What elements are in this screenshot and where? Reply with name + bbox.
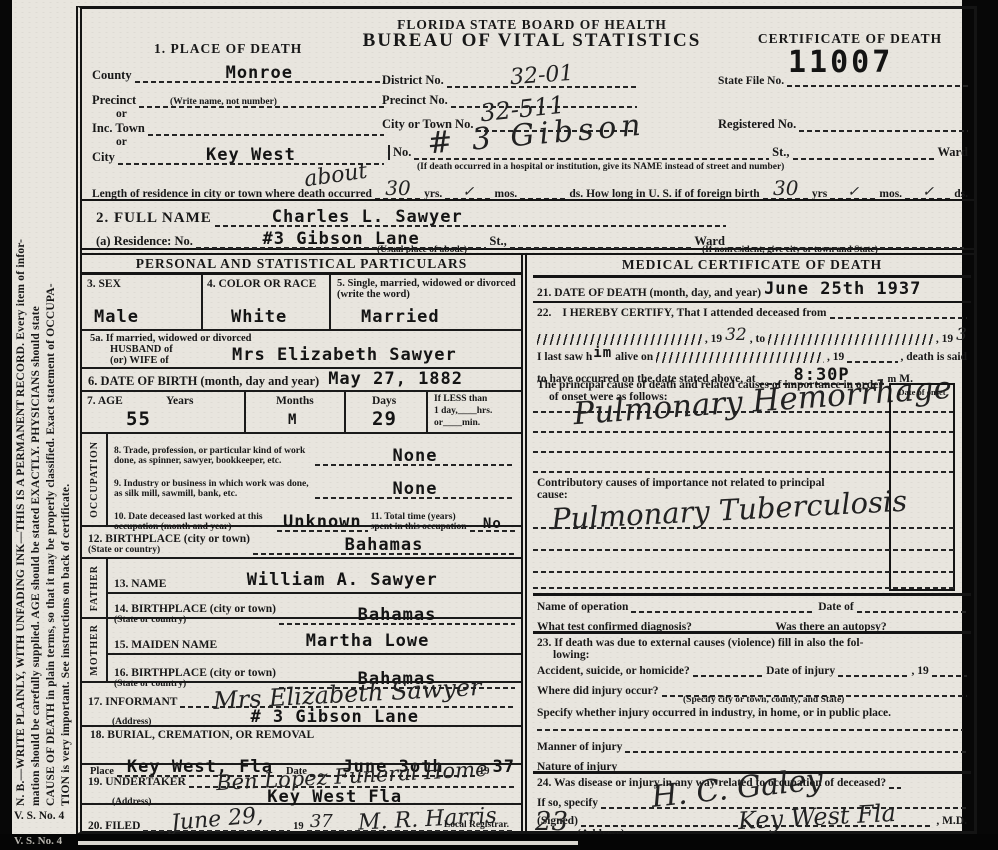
hospital-note: (If death occurred in a hospital or inst… xyxy=(417,162,977,172)
street-ward-entry xyxy=(793,158,935,160)
certify-to-label: , to xyxy=(750,333,765,345)
margin-line-4: TION is very important. See instructions… xyxy=(59,6,73,806)
residence-years-value: 30 xyxy=(385,176,410,200)
date-of-death-label: 21. DATE OF DEATH (month, day, and year) xyxy=(537,287,761,299)
last-saw-typed: im xyxy=(593,345,612,361)
certificate-form: FLORIDA STATE BOARD OF HEALTH BUREAU OF … xyxy=(76,6,977,834)
father-side-cell: FATHER xyxy=(82,559,108,617)
date-of-death-row: 21. DATE OF DEATH (month, day, and year)… xyxy=(537,279,967,299)
us-years-value: 30 xyxy=(773,176,798,200)
informant-address-value: # 3 Gibson Lane xyxy=(250,707,419,727)
injury-year-prefix: , 19 xyxy=(912,665,929,677)
district-value: 32-01 xyxy=(509,61,574,90)
last-saw-label-2: alive on xyxy=(615,351,653,363)
months-value: M xyxy=(288,412,297,428)
spouse-label-2: HUSBAND of xyxy=(110,344,173,355)
industry-row: 9. Industry or business in which work wa… xyxy=(108,467,521,500)
city-value: Key West xyxy=(206,145,296,165)
certify-from-year-prefix: , 19 xyxy=(705,333,722,345)
father-name-row: 13. NAME William A. Sawyer xyxy=(108,559,521,594)
marital-value: Married xyxy=(361,307,440,327)
operation-rule xyxy=(533,593,971,596)
bureau-title: BUREAU OF VITAL STATISTICS xyxy=(322,30,742,52)
margin-line-1: N. B.—WRITE PLAINLY, WITH UNFADING INK—T… xyxy=(14,6,28,806)
spouse-value: Mrs Elizabeth Sawyer xyxy=(232,345,457,365)
age-days-cell: Days 29 xyxy=(346,392,428,432)
injury-date-entry xyxy=(838,675,908,677)
us-check-1: ✓ xyxy=(847,184,859,200)
occupation-relation-entry xyxy=(889,787,901,789)
personal-title-row: PERSONAL AND STATISTICAL PARTICULARS xyxy=(82,255,521,275)
dob-value: May 27, 1882 xyxy=(328,369,463,389)
operation-label: Name of operation xyxy=(537,601,628,613)
certify-from-scribble xyxy=(537,334,702,345)
father-side-label: FATHER xyxy=(89,565,100,611)
age-label: 7. AGE xyxy=(87,395,123,407)
state-file-label: State File No. xyxy=(718,75,784,87)
registered-entry xyxy=(799,130,968,132)
operation-date-entry xyxy=(857,611,967,613)
certify-text: I HEREBY CERTIFY, That I attended deceas… xyxy=(562,307,826,319)
less-label-1: If LESS than xyxy=(434,394,487,404)
form-number: V. S. No. 4 xyxy=(14,810,64,822)
residence-st-entry xyxy=(510,247,692,249)
birthplace-labels: 12. BIRTHPLACE (city or town) (State or … xyxy=(88,533,250,555)
street-no-entry xyxy=(414,158,769,160)
full-name-label: 2. FULL NAME xyxy=(96,210,212,227)
us-years-entry: 30 xyxy=(763,176,809,200)
mother-name-label: 15. MAIDEN NAME xyxy=(114,639,217,651)
injury-year-entry xyxy=(932,675,967,677)
manner-row: Manner of injury xyxy=(537,741,967,753)
certificate-paper: N. B.—WRITE PLAINLY, WITH UNFADING INK—T… xyxy=(12,0,962,834)
state-file-entry xyxy=(787,85,968,87)
registered-label: Registered No. xyxy=(718,117,796,132)
district-label: District No. xyxy=(382,73,444,88)
accident-row: Accident, suicide, or homicide? Date of … xyxy=(537,665,967,677)
residence-years-entry: 30 xyxy=(375,176,421,200)
city-label: City xyxy=(92,150,115,165)
occupation-block: OCCUPATION 8. Trade, profession, or part… xyxy=(82,434,521,527)
street-ward-label: Ward xyxy=(937,145,968,160)
district-entry: 32-01 xyxy=(447,63,637,88)
certify-from-entry xyxy=(830,317,968,319)
undertaker-row: 19. UNDERTAKER Ben Lopez Funeral Home (A… xyxy=(82,765,521,805)
days-value: 29 xyxy=(372,408,397,430)
dob-label: 6. DATE OF BIRTH (month, day and year) xyxy=(88,374,319,389)
where-injury-label: Where did injury occur? xyxy=(537,685,659,697)
bracket-mark xyxy=(388,145,390,160)
trade-row: 8. Trade, profession, or particular kind… xyxy=(108,434,521,467)
contrib-line-3 xyxy=(533,571,957,573)
father-name-label: 13. NAME xyxy=(114,578,166,590)
inc-town-label: Inc. Town xyxy=(92,121,145,136)
filed-label: 20. FILED xyxy=(88,820,140,832)
date-of-death-value: June 25th 1937 xyxy=(764,279,921,299)
margin-instructions: N. B.—WRITE PLAINLY, WITH UNFADING INK—T… xyxy=(14,6,73,806)
father-name-entry: William A. Sawyer xyxy=(169,570,515,590)
certify-row-2: , 19 32 , to , 19 3 xyxy=(537,325,967,345)
certify-number: 22. xyxy=(537,307,551,319)
nonresident-note: (If nonresident, give city or town and S… xyxy=(702,245,878,255)
medical-title-rule xyxy=(533,275,971,278)
us-ds-entry: ✓ xyxy=(905,184,951,200)
county-label: County xyxy=(92,68,132,83)
margin-line-2: mation should be carefully supplied. AGE… xyxy=(29,6,43,806)
father-name-value: William A. Sawyer xyxy=(247,570,438,590)
informant-name-row: 17. INFORMANT Mrs Elizabeth Sawyer xyxy=(82,683,521,709)
residence-length-row: Length of residence in city or town wher… xyxy=(92,176,968,200)
undertaker-name-row: 19. UNDERTAKER Ben Lopez Funeral Home xyxy=(82,765,521,789)
informant-row: 17. INFORMANT Mrs Elizabeth Sawyer (Addr… xyxy=(82,683,521,727)
inc-town-row: Inc. Town xyxy=(92,121,384,136)
where-injury-note: (Specify city or town, county, and State… xyxy=(683,695,844,705)
industry-entry: None xyxy=(315,479,515,499)
manner-entry xyxy=(625,751,967,753)
full-name-entry-2 xyxy=(523,225,726,227)
dob-row: 6. DATE OF BIRTH (month, day and year) M… xyxy=(82,369,521,392)
trade-label: 8. Trade, profession, or particular kind… xyxy=(114,446,312,466)
filed-date-entry: June 29, xyxy=(143,807,290,832)
personal-column: PERSONAL AND STATISTICAL PARTICULARS 3. … xyxy=(82,255,527,831)
precinct-no-label: Precinct No. xyxy=(382,93,448,108)
undertaker-address-entry: Key West Fla xyxy=(154,787,515,807)
father-birthplace-label: 14. BIRTHPLACE (city or town) xyxy=(114,603,276,615)
last-saw-label-1: I last saw h xyxy=(537,351,592,363)
precinct-note: (Write name, not number) xyxy=(170,97,277,107)
street-no-label: No. xyxy=(393,145,411,160)
residence-st-label: St., xyxy=(489,234,506,249)
scan-paper-sliver xyxy=(78,841,578,845)
birthplace-row: 12. BIRTHPLACE (city or town) (State or … xyxy=(82,527,521,559)
marital-label: 5. Single, married, widowed or divorced … xyxy=(337,278,517,300)
certify-to-year-prefix: , 19 xyxy=(936,333,953,345)
spouse-row: 5a. If married, widowed or divorced HUSB… xyxy=(82,331,521,369)
residence-label: (a) Residence: No. xyxy=(96,234,193,249)
accident-entry xyxy=(693,675,763,677)
mother-side-cell: MOTHER xyxy=(82,619,108,681)
county-row: County Monroe xyxy=(92,63,384,83)
margin-line-3: CAUSE OF DEATH in plain terms, so that i… xyxy=(44,6,58,806)
state-file-row: State File No. xyxy=(718,75,968,87)
operation-row: Name of operation Date of xyxy=(537,601,967,613)
days-label: Days xyxy=(372,395,396,407)
inc-town-entry xyxy=(148,134,384,136)
sex-race-marital-row: 3. SEX Male 4. COLOR OR RACE White 5. Si… xyxy=(82,275,521,331)
contrib-line-4 xyxy=(533,587,957,589)
full-name-band: 2. FULL NAME Charles L. Sawyer (a) Resid… xyxy=(82,199,974,255)
street-st-label: St., xyxy=(772,145,789,160)
less-label-2: 1 day,____hrs. xyxy=(434,406,492,416)
age-less-cell: If LESS than 1 day,____hrs. or____min. xyxy=(428,392,521,432)
us-mos-entry: ✓ xyxy=(830,184,876,200)
undertaker-entry: Ben Lopez Funeral Home xyxy=(189,764,515,788)
occupation-side-label: OCCUPATION xyxy=(89,441,100,518)
medical-column: MEDICAL CERTIFICATE OF DEATH 21. DATE OF… xyxy=(533,255,971,831)
injury-date-label: Date of injury xyxy=(766,665,835,677)
district-row: District No. 32-01 xyxy=(382,63,637,88)
last-saw-row: I last saw h im alive on , 19 , death is… xyxy=(537,345,967,363)
race-label: 4. COLOR OR RACE xyxy=(207,278,316,290)
sex-value: Male xyxy=(94,307,139,327)
accident-label: Accident, suicide, or homicide? xyxy=(537,665,690,677)
years-value: 55 xyxy=(126,408,151,430)
mother-name-value: Martha Lowe xyxy=(306,631,430,651)
filed-year-prefix: 19 xyxy=(293,821,304,832)
residence-check-1: ✓ xyxy=(463,184,475,200)
external-causes-label-1: 23. If death was due to external causes … xyxy=(537,637,863,649)
spouse-label-3: (or) WIFE of xyxy=(110,355,169,366)
contributory-label-2: cause: xyxy=(537,489,568,501)
less-label-3: or____min. xyxy=(434,418,480,428)
personal-title: PERSONAL AND STATISTICAL PARTICULARS xyxy=(136,256,467,271)
county-entry: Monroe xyxy=(135,63,384,83)
date-of-death-rule xyxy=(533,301,971,303)
undertaker-address-value: Key West Fla xyxy=(267,787,402,807)
abode-note: (Usual place of abode) xyxy=(377,245,467,255)
operation-entry xyxy=(631,611,815,613)
specify-line xyxy=(537,729,963,731)
registered-row: Registered No. xyxy=(718,117,968,132)
informant-entry: Mrs Elizabeth Sawyer xyxy=(180,680,515,708)
age-months-cell: Months M xyxy=(246,392,346,432)
full-name-entry: Charles L. Sawyer xyxy=(215,207,520,227)
certify-from-year: 32 xyxy=(725,325,747,345)
occupation-side-cell: OCCUPATION xyxy=(82,434,108,525)
residence-mos-entry: ✓ xyxy=(445,184,491,200)
sex-cell: 3. SEX Male xyxy=(82,275,203,329)
contributory-label-1: Contributory causes of importance not re… xyxy=(537,477,825,489)
place-of-death-title: 1. PLACE OF DEATH xyxy=(154,41,302,57)
marital-cell: 5. Single, married, widowed or divorced … xyxy=(331,275,521,329)
address-number-written: 23 xyxy=(535,807,568,837)
filed-date-value: June 29, xyxy=(170,803,264,836)
industry-value: None xyxy=(393,479,438,499)
external-rule xyxy=(533,631,971,634)
filed-year-value: 37 xyxy=(310,811,333,832)
last-saw-year-prefix: , 19 xyxy=(827,351,844,363)
certify-to-scribble xyxy=(768,334,933,345)
mother-side-label: MOTHER xyxy=(89,624,100,676)
external-causes-label-2: lowing: xyxy=(553,649,589,661)
sex-label: 3. SEX xyxy=(87,278,121,290)
mother-name-row: 15. MAIDEN NAME Martha Lowe xyxy=(108,619,521,655)
trade-entry: None xyxy=(315,446,515,466)
trade-value: None xyxy=(393,446,438,466)
medical-title: MEDICAL CERTIFICATE OF DEATH xyxy=(533,257,971,273)
age-row: 7. AGE Years 55 Months M Days 29 If LESS… xyxy=(82,392,521,434)
mother-birthplace-label: 16. BIRTHPLACE (city or town) xyxy=(114,667,276,679)
age-years-cell: 7. AGE Years 55 xyxy=(82,392,246,432)
informant-address-entry: # 3 Gibson Lane xyxy=(154,707,515,727)
race-value: White xyxy=(231,307,287,327)
birthplace-value: Bahamas xyxy=(345,535,424,555)
birthplace-note: (State or country) xyxy=(88,545,250,555)
local-registrar-label: Local Registrar. xyxy=(444,820,509,830)
or-label-1: or xyxy=(116,108,127,120)
filed-year-entry: 37 xyxy=(307,811,336,832)
spouse-label-1: 5a. If married, widowed or divorced xyxy=(90,333,251,344)
years-label: Years xyxy=(166,395,193,407)
last-saw-label-3: , death is said xyxy=(901,351,967,363)
last-saw-year-entry xyxy=(847,361,897,363)
full-name-row: 2. FULL NAME Charles L. Sawyer xyxy=(96,207,726,227)
md-label: , M.D. xyxy=(936,815,967,827)
precinct-label: Precinct xyxy=(92,93,136,108)
full-name-value: Charles L. Sawyer xyxy=(272,207,463,227)
operation-date-label: Date of xyxy=(818,601,853,613)
certify-to-year: 3 xyxy=(956,325,967,345)
informant-address-label: (Address) xyxy=(112,717,151,727)
father-block: FATHER 13. NAME William A. Sawyer 14. BI… xyxy=(82,559,521,619)
contrib-line-2 xyxy=(533,549,957,551)
certify-row-1: 22. I HEREBY CERTIFY, That I attended de… xyxy=(537,307,967,319)
date-of-onset-label: Date of onset xyxy=(891,387,953,397)
months-label: Months xyxy=(276,395,314,407)
mother-name-entry: Martha Lowe xyxy=(220,631,515,651)
birthplace-entry: Bahamas xyxy=(253,535,515,555)
birthplace-label: 12. BIRTHPLACE (city or town) xyxy=(88,533,250,545)
informant-address-row: (Address) # 3 Gibson Lane xyxy=(82,709,521,728)
specify-injury-label: Specify whether injury occurred in indus… xyxy=(537,707,891,719)
scanned-death-certificate: { "margin": { "line1": "N. B.—WRITE PLAI… xyxy=(0,0,998,850)
form-number-bottom: V. S. No. 4 xyxy=(14,835,62,847)
manner-label: Manner of injury xyxy=(537,741,622,753)
scan-bottom-band: V. S. No. 4 xyxy=(0,834,998,850)
us-check-2: ✓ xyxy=(922,184,934,200)
last-saw-scribble xyxy=(656,352,824,363)
industry-label: 9. Industry or business in which work wa… xyxy=(114,479,312,499)
race-cell: 4. COLOR OR RACE White xyxy=(203,275,331,329)
county-value: Monroe xyxy=(226,63,293,83)
